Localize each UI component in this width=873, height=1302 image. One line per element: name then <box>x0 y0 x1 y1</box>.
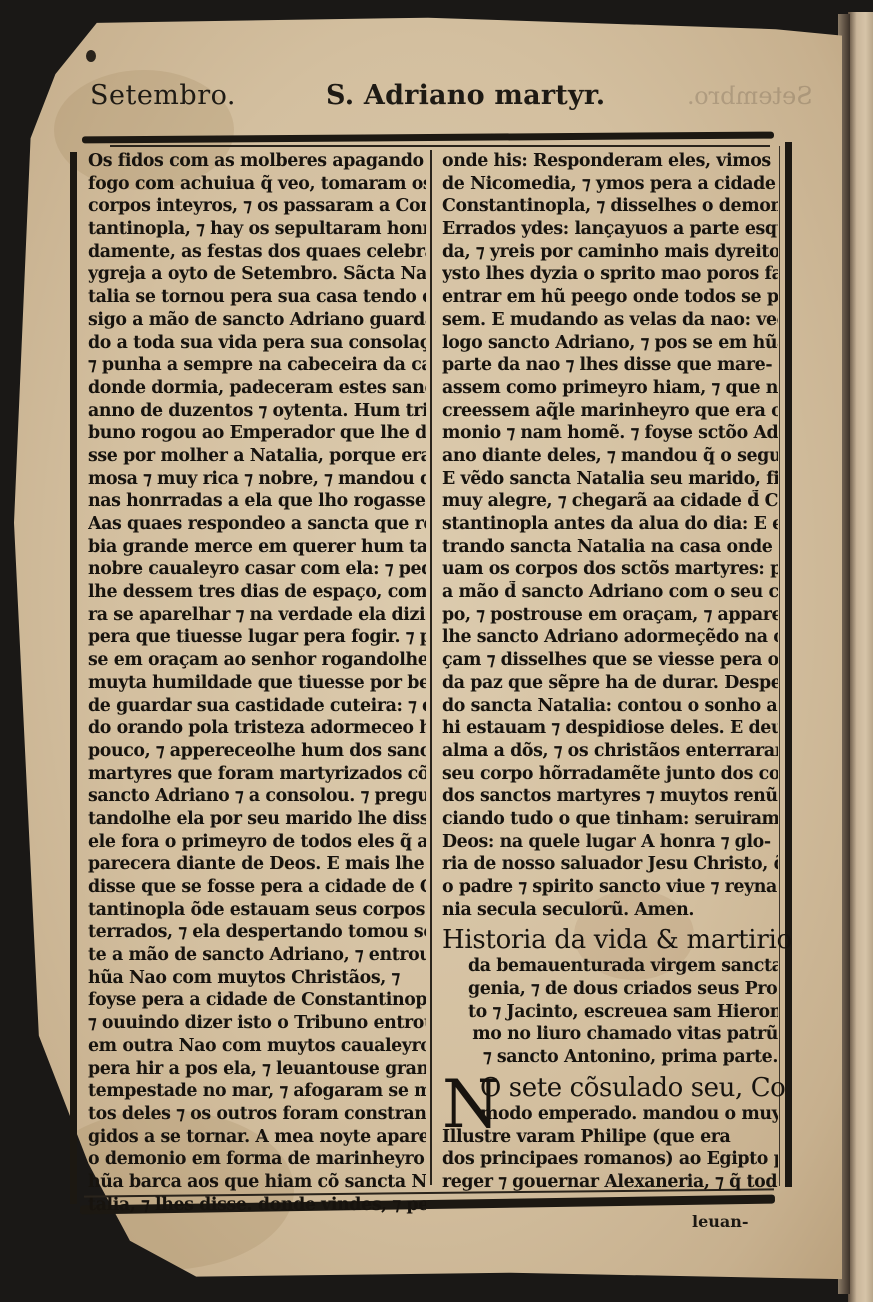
text-line: mo no liuro chamado vitas patrũ <box>468 1023 778 1046</box>
text-line: Aas quaes respondeo a sancta que rece <box>88 513 426 536</box>
column-divider <box>430 150 432 1185</box>
text-line: martyres que foram martyrizados cõ <box>88 763 426 786</box>
text-line: nobre caualeyro casar com ela: ⁊ pedio q… <box>88 558 426 581</box>
text-line: parte da nao ⁊ lhes disse que mare- <box>442 354 778 377</box>
header-title: S. Adriano martyr. <box>326 80 605 111</box>
text-line: muy alegre, ⁊ chegarã aa cidade d̃ Cõ <box>442 490 778 513</box>
text-line: mosa ⁊ muy rica ⁊ nobre, ⁊ mandou do <box>88 468 426 491</box>
catchword: leuan- <box>692 1212 749 1231</box>
text-line: foyse pera a cidade de Constantinopla <box>88 989 426 1012</box>
text-line: do sancta Natalia: contou o sonho aos q̃ <box>442 695 778 718</box>
text-line: da paz que sẽpre ha de durar. Desperran <box>442 672 778 695</box>
text-line: ciando tudo o que tinham: seruiram a <box>442 808 778 831</box>
text-line: Os fidos com as molberes apagando o <box>88 150 426 173</box>
right-column-text: onde his: Responderam eles, vimosde Nico… <box>442 150 778 921</box>
text-line: corpos inteyros, ⁊ os passaram a Cons <box>88 195 426 218</box>
text-line: ygreja a oyto de Setembro. Sãcta Na <box>88 263 426 286</box>
text-line: a mão d̃ sancto Adriano com o seu cor- <box>442 581 778 604</box>
text-line: pera hir a pos ela, ⁊ leuantouse grande <box>88 1058 426 1081</box>
text-line: nas honrradas a ela que lho rogassem. <box>88 490 426 513</box>
text-line: sigo a mão de sancto Adriano guardan <box>88 309 426 332</box>
text-line: da bemauenturada virgem sancta Eu <box>468 955 778 978</box>
text-line: do a toda sua vida pera sua consolaçam. <box>88 332 426 355</box>
text-line: anno de duzentos ⁊ oytenta. Hum tri <box>88 400 426 423</box>
text-line: lhe sancto Adriano adormeçẽdo na ora <box>442 626 778 649</box>
text-line: assem como primeyro hiam, ⁊ que nam <box>442 377 778 400</box>
text-line: do orando pola tristeza adormeceo hum <box>88 717 426 740</box>
text-line: buno rogou ao Emperador que lhe de- <box>88 422 426 445</box>
text-line: em outra Nao com muytos caualeyros <box>88 1035 426 1058</box>
text-line: Deos: na quele lugar A honra ⁊ glo- <box>442 831 778 854</box>
text-line: fogo com achuiua q̃ veo, tomaram os <box>88 173 426 196</box>
text-line: parecera diante de Deos. E mais lhe <box>88 853 426 876</box>
text-line: trando sancta Natalia na casa onde esta <box>442 536 778 559</box>
text-line: to ⁊ Jacinto, escreuea sam Hieroni <box>468 1001 778 1024</box>
header-bleed-through: Setembro. <box>687 82 813 110</box>
text-line: E vẽdo sancta Natalia seu marido, ficou <box>442 468 778 491</box>
text-line: gidos a se tornar. A mea noyte apareçeo <box>88 1126 426 1149</box>
text-line: lhe dessem tres dias de espaço, como pe <box>88 581 426 604</box>
text-line: pera que tiuesse lugar pera fogir. ⁊ pos <box>88 626 426 649</box>
text-line: talia, ⁊ lhes disse. donde vindes, ⁊ per… <box>88 1194 426 1217</box>
text-line: entrar em hũ peego onde todos se perdes <box>442 286 778 309</box>
text-line: dos principaes romanos) ao Egipto pa <box>442 1148 778 1171</box>
running-header: Setembro. S. Adriano martyr. Setembro. <box>90 80 813 120</box>
right-border-rule <box>785 142 792 1187</box>
text-line: creessem aq̃le marinheyro que era o de- <box>442 400 778 423</box>
text-line: ele fora o primeyro de todos eles q̃ ap- <box>88 831 426 854</box>
section-title: Historia da vida & martirio <box>442 925 778 955</box>
text-line: de Nicomedia, ⁊ ymos pera a cidade d̃ <box>442 173 778 196</box>
text-line: muyta humildade que tiuesse por bem <box>88 672 426 695</box>
text-line: talia se tornou pera sua casa tendo com <box>88 286 426 309</box>
header-month: Setembro. <box>90 80 236 111</box>
text-line: stantinopla antes da alua do dia: E en <box>442 513 778 536</box>
text-line: ano diante deles, ⁊ mandou q̃ o seguissẽ… <box>442 445 778 468</box>
text-line: ria de nosso saluador Jesu Christo, q̃ c… <box>442 853 778 876</box>
left-column: Os fidos com as molberes apagando ofogo … <box>88 150 426 1216</box>
text-line: te a mão de sancto Adriano, ⁊ entrou ẽ <box>88 944 426 967</box>
text-line: ⁊ punha a sempre na cabeceira da cama <box>88 354 426 377</box>
text-line: Constantinopla, ⁊ disselhes o demonio. <box>442 195 778 218</box>
text-line: monio ⁊ nam homẽ. ⁊ foyse sctõo Adri <box>442 422 778 445</box>
right-border-thin <box>779 146 780 1186</box>
text-line: tantinopla õde estauam seus corpos en <box>88 899 426 922</box>
text-line: ⁊ ouuindo dizer isto o Tribuno entrou <box>88 1012 426 1035</box>
text-line: donde dormia, padeceram estes sanctos <box>88 377 426 400</box>
text-line: çam ⁊ disselhes que se viesse pera o lug… <box>442 649 778 672</box>
text-line: sse por molher a Natalia, porque era fer <box>88 445 426 468</box>
text-line: onde his: Responderam eles, vimos <box>442 150 778 173</box>
ink-blot <box>86 50 96 62</box>
text-line: hũa barca aos que hiam cõ sancta Na- <box>88 1171 426 1194</box>
text-line: da, ⁊ yreis por caminho mais dyreito, <box>442 241 778 264</box>
text-line: damente, as festas dos quaes celebra a <box>88 241 426 264</box>
top-rule-thin <box>110 145 770 147</box>
text-line: nia secula seculorũ. Amen. <box>442 899 778 922</box>
text-line: tempestade no mar, ⁊ afogaram se muy <box>88 1080 426 1103</box>
text-line: sem. E mudando as velas da nao: veo <box>442 309 778 332</box>
text-line: se em oraçam ao senhor rogandolhe com <box>88 649 426 672</box>
text-line: seu corpo hõrradamẽte junto dos corpos <box>442 763 778 786</box>
adjacent-page-edge <box>848 12 873 1302</box>
text-line: tantinopla, ⁊ hay os sepultaram honrra <box>88 218 426 241</box>
text-line: ra se aparelhar ⁊ na verdade ela dizia i… <box>88 604 426 627</box>
text-line: bia grande merce em querer hum tam <box>88 536 426 559</box>
text-line: disse que se fosse pera a cidade de Cons <box>88 876 426 899</box>
text-line: Errados ydes: lançayuos a parte esquer- <box>442 218 778 241</box>
section-subtitle: da bemauenturada virgem sancta Eugenia, … <box>442 955 778 1068</box>
text-line: terrados, ⁊ ela despertando tomou somẽ <box>88 921 426 944</box>
text-line: logo sancto Adriano, ⁊ pos se em hũa <box>442 332 778 355</box>
text-line: genia, ⁊ de dous criados seus Pro- <box>468 978 778 1001</box>
right-column: onde his: Responderam eles, vimosde Nico… <box>442 150 778 1194</box>
text-line: o demonio em forma de marinheyro ẽ <box>88 1148 426 1171</box>
text-line: ysto lhes dyzia o sprito mao poros fazer <box>442 263 778 286</box>
text-line: hi estauam ⁊ despidiose deles. E deu a <box>442 717 778 740</box>
text-line: reger ⁊ gouernar Alexaneria, ⁊ q̃ todos <box>442 1171 778 1194</box>
text-line: hũa Nao com muytos Christãos, ⁊ <box>88 967 426 990</box>
text-line: sancto Adriano ⁊ a consolou. ⁊ pregun <box>88 785 426 808</box>
drop-cap: N <box>442 1075 499 1135</box>
text-line: de guardar sua castidade cuteira: ⁊ esta… <box>88 695 426 718</box>
text-line: po, ⁊ postrouse em oraçam, ⁊ appareçeo <box>442 604 778 627</box>
text-line: dos sanctos martyres ⁊ muytos renũ- <box>442 785 778 808</box>
section-body: N O sete cõsulado seu, Co modo emperado.… <box>442 1073 778 1194</box>
left-border-rule <box>70 152 77 1204</box>
text-line: o padre ⁊ spirito sancto viue ⁊ reyna pe… <box>442 876 778 899</box>
text-line: ⁊ sancto Antonino, prima parte. <box>468 1046 778 1069</box>
text-line: tos deles ⁊ os outros foram constran- <box>88 1103 426 1126</box>
text-line: pouco, ⁊ appereceolhe hum dos sanctos <box>88 740 426 763</box>
text-line: alma a dõs, ⁊ os christãos enterraram <box>442 740 778 763</box>
text-line: tandolhe ela por seu marido lhe disse q̃ <box>88 808 426 831</box>
text-line: uam os corpos dos sctõs martyres: pos <box>442 558 778 581</box>
